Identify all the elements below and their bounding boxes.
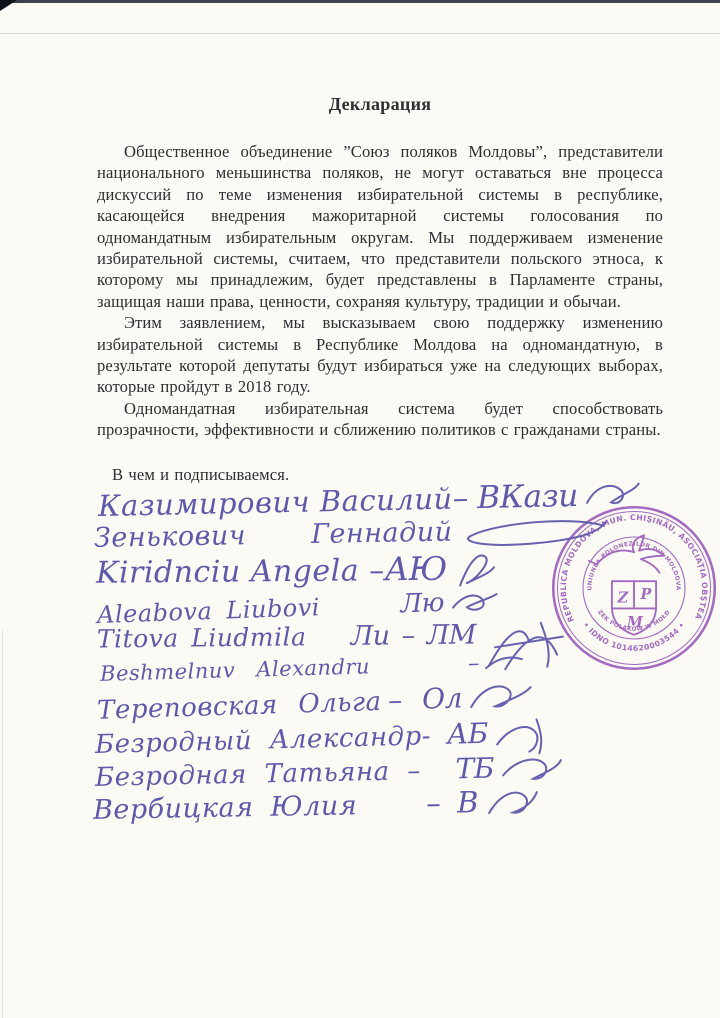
stamp-monogram-m: M	[626, 614, 644, 631]
paragraph-1: Общественное объединение ”Союз поляков М…	[97, 141, 663, 312]
signature-mark: ТБ	[455, 752, 494, 786]
scan-edge-artifact	[0, 0, 720, 3]
document-title: Декларация	[97, 94, 663, 115]
signature-mark: – Ол	[388, 681, 463, 716]
stamp-monogram-z: Z	[617, 589, 629, 606]
signature-flourish	[448, 588, 499, 616]
signature-flourish	[499, 750, 564, 785]
document-body: Общественное объединение ”Союз поляков М…	[97, 141, 663, 485]
signature-row: Kiridnciu Angela – АЮ	[96, 549, 488, 592]
signature-flourish	[484, 651, 525, 674]
signature-mark: –	[468, 650, 480, 676]
signature-flourish	[457, 514, 608, 551]
scan-left-edge-line	[2, 630, 3, 1018]
paragraph-3: Одномандатная избирательная система буде…	[97, 398, 663, 441]
signature-mark: АБ	[447, 717, 489, 751]
signatory-name: Вербицкая Юлия	[93, 790, 358, 826]
signatory-name: Titova Liudmila	[97, 622, 307, 653]
signature-mark: АЮ	[385, 550, 448, 589]
signature-flourish	[483, 784, 540, 821]
signature-flourish	[452, 549, 496, 589]
stamp-monogram-p: P	[639, 586, 652, 603]
signature-row: Вербицкая Юлия – В	[93, 784, 540, 828]
signatory-name: Beshmelnuv Alexandru	[100, 654, 371, 686]
signature-mark: Ли – ЛМ	[350, 620, 476, 652]
signature-mark: – В	[426, 785, 478, 820]
scan-seam-line	[0, 33, 720, 34]
signature-flourish	[466, 679, 533, 715]
signature-mark: – ВКази	[452, 478, 578, 517]
signatory-name: Kiridnciu Angela –	[96, 553, 385, 591]
signature-mark: Лю	[400, 588, 444, 619]
signature-flourish	[583, 480, 642, 511]
scan-corner-artifact	[0, 0, 17, 11]
signatory-name: Зенькович Геннадий	[94, 517, 453, 554]
paragraph-2: Этим заявлением, мы высказываем свою под…	[97, 312, 663, 398]
